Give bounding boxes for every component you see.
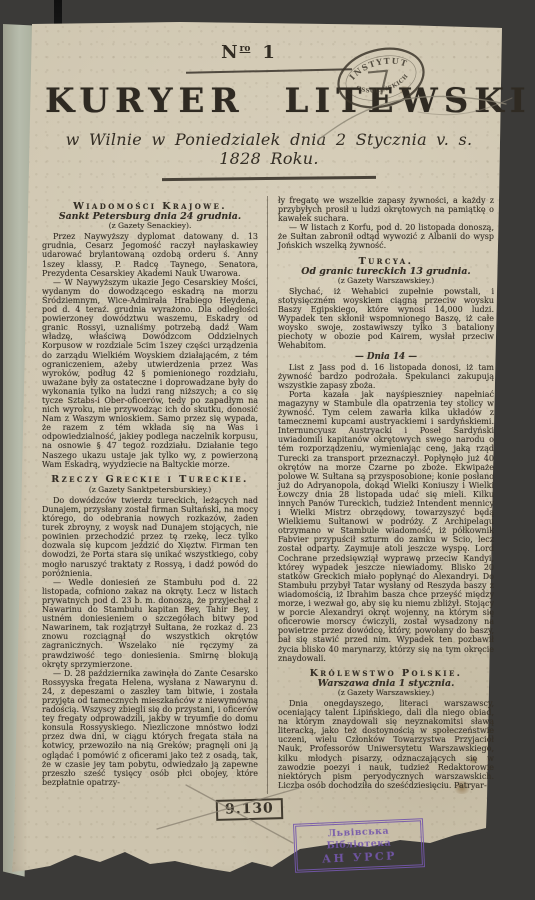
right-column: ły fregatę we wszelkie zapasy żywności, …	[267, 196, 494, 794]
article-paragraph: — W listach z Korfu, pod d. 20 listopada…	[278, 223, 494, 250]
masthead-rule-top	[186, 68, 352, 73]
section-header: Królewstwo Polskie.	[278, 669, 494, 678]
left-column: Wiadomości Krajowe. Sankt Petersburg dni…	[42, 196, 267, 794]
article-paragraph: ły fregatę we wszelkie zapasy żywności, …	[278, 196, 494, 223]
article-paragraph: — D. 28 października zawinęła do Zante C…	[42, 669, 258, 787]
issue-superscript: ro	[240, 44, 251, 54]
section-header: Rzeczy Greckie i Tureckie.	[42, 475, 258, 484]
article-paragraph: List z Jass pod d. 16 listopada donosi, …	[278, 363, 494, 390]
article-source: (z Gazety Warszawskiey.)	[278, 688, 494, 697]
issue-prefix: N	[221, 42, 239, 63]
article-paragraph: — Wedle doniesień ze Stambułu pod d. 22 …	[42, 578, 258, 669]
article-source: (z Gazety Warszawskiey.)	[278, 276, 494, 285]
article-dateline: Sankt Petersburg dnia 24 grudnia.	[42, 212, 258, 221]
article-subheader: — Dnia 14 —	[278, 353, 494, 362]
issue-number: 1	[262, 42, 277, 63]
article-paragraph: — W Naywyższym ukazie Jego Cesarskiey Mo…	[42, 278, 258, 469]
article-source: (z Gazety Senackiey).	[42, 221, 258, 230]
article-paragraph: Słychać, iż Wehabici zupełnie powstali, …	[278, 287, 494, 351]
article-paragraph: Do dowódzców twierdz tureckich, leżących…	[42, 496, 258, 578]
scanned-newspaper-photo: Nro1 KURYER LITEWSKI w Wilnie w Poniedzi…	[0, 0, 535, 900]
article-paragraph: Przez Naywyższy dyplomat datowany d. 13 …	[42, 232, 258, 277]
article-paragraph: Porta kazała jak nayśpieszniey napełniać…	[278, 390, 494, 663]
article-dateline: Od granic tureckich 13 grudnia.	[278, 267, 494, 276]
section-header: Turcya.	[278, 257, 494, 266]
section-header: Wiadomości Krajowe.	[42, 202, 258, 211]
publication-dateline: w Wilnie w Poniedzialek dnia 2 Stycznia …	[45, 130, 493, 168]
inventory-number-stamp: 9.130	[216, 798, 283, 821]
article-source: (z Gazety Sanktpetersburskiey.)	[42, 485, 258, 494]
article-columns: Wiadomości Krajowe. Sankt Petersburg dni…	[42, 196, 494, 794]
article-paragraph: Dnia onegdayszego, literaci warszawscy, …	[278, 699, 494, 790]
library-stamp: Львівська Бібліотека АН УРСР	[293, 818, 425, 873]
article-dateline: Warszawa dnia 1 stycznia.	[278, 679, 494, 688]
